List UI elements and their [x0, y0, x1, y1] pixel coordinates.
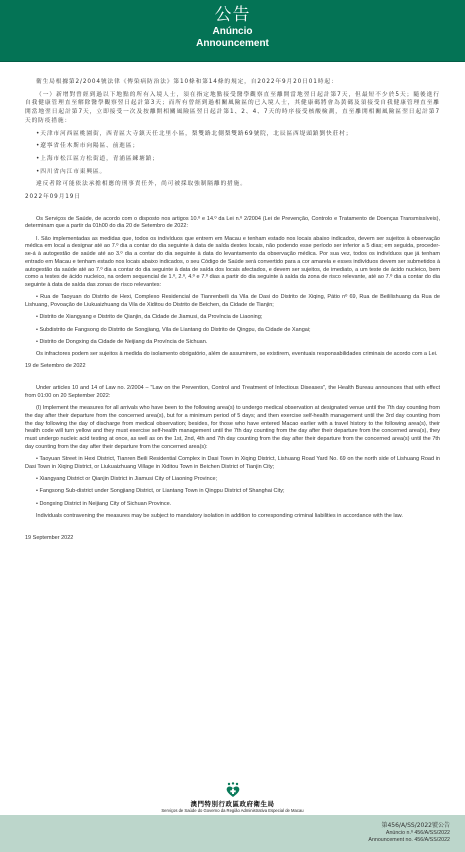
zh-item-1: （一）新增對曾經到過以下地點的所有入境人士，須在指定地點接受醫學觀察直至離開當地… [25, 91, 440, 126]
en-bullet-4: • Dongxing District in Neijiang City of … [25, 501, 440, 509]
announcement-reference: 第456/A/SS/2022號公告 Anúncio n.º 456/A/SS/2… [368, 822, 450, 843]
title-zh: 公告 [0, 0, 465, 25]
title-pt: Anúncio [0, 26, 465, 38]
pt-bullet-3: • Subdistrito de Fangsong do Distrito de… [25, 327, 440, 335]
reference-zh: 第456/A/SS/2022號公告 [368, 822, 450, 830]
zh-bullet-1: •天津市河西區桃園街，西青區大寺鎮天任北里小區，梨雙路北側梨雙路69號院，北辰區… [25, 130, 440, 139]
zh-date: 2022年09月19日 [25, 193, 440, 202]
reference-en: Announcement no. 456/A/SS/2022 [368, 837, 450, 844]
section-english: Under articles 10 and 14 of Law no. 2/20… [25, 385, 440, 542]
en-item-1: (I) Implement the measures for all arriv… [25, 405, 440, 451]
en-intro: Under articles 10 and 14 of Law no. 2/20… [25, 385, 440, 400]
org-name-pt: Serviços de Saúde do Governo da Região A… [0, 808, 465, 814]
zh-bullet-2: •遼寧省佳木斯市向陽區、前進區； [25, 142, 440, 151]
pt-date: 19 de Setembro de 2022 [25, 363, 440, 371]
zh-bullet-4: •四川省內江市東興區。 [25, 168, 440, 177]
title-en: Announcement [0, 38, 465, 50]
pt-bullet-4: • Distrito de Dongxing da Cidade de Neij… [25, 339, 440, 347]
zh-closing: 違反者除可能依法承擔相應的刑事責任外，尚可被採取強制隔離的措施。 [25, 180, 440, 189]
footer-band: 第456/A/SS/2022號公告 Anúncio n.º 456/A/SS/2… [0, 815, 465, 852]
announcement-header: 公告 Anúncio Announcement [0, 0, 465, 62]
section-portuguese: Os Serviços de Saúde, de acordo com o di… [25, 216, 440, 371]
en-bullet-3: • Fangsong Sub-district under Songjiang … [25, 488, 440, 496]
pt-item-1: I. São implementadas as medidas que, tod… [25, 236, 440, 290]
health-bureau-heart-cross-icon [225, 782, 241, 798]
en-bullet-1: • Taoyuan Street in Hexi District, Tianr… [25, 456, 440, 471]
section-chinese: 衛生局根據第2/2004號法律《傳染病防治法》第10條和第14條的規定，自202… [25, 78, 440, 202]
health-bureau-signature: 澳門特別行政區政府衛生局 Serviços de Saúde do Govern… [0, 782, 465, 814]
en-date: 19 September 2022 [25, 535, 440, 543]
pt-closing: Os infractores podem ser sujeitos à medi… [25, 351, 440, 359]
announcement-body: 衛生局根據第2/2004號法律《傳染病防治法》第10條和第14條的規定，自202… [25, 78, 440, 547]
en-bullet-2: • Xiangyang District or Qianjin District… [25, 476, 440, 484]
zh-bullet-3: •上海市松江區方松街道，青浦區練塘鎮； [25, 155, 440, 164]
zh-intro: 衛生局根據第2/2004號法律《傳染病防治法》第10條和第14條的規定，自202… [25, 78, 440, 87]
pt-intro: Os Serviços de Saúde, de acordo com o di… [25, 216, 440, 231]
org-name-zh: 澳門特別行政區政府衛生局 [0, 800, 465, 808]
pt-bullet-2: • Distrito de Xiangyang e Distrito de Qi… [25, 314, 440, 322]
en-closing: Individuals contravening the measures ma… [25, 513, 440, 521]
pt-bullet-1: • Rua de Taoyuan do Distrito de Hexi, Co… [25, 294, 440, 309]
